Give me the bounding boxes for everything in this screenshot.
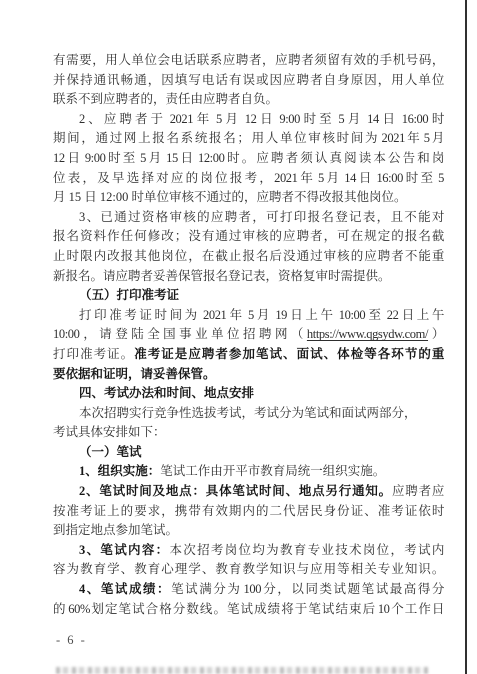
text-line: 按准考证上的要求，携带有效期内的二代居民身份证、准考证依时 [53,502,444,522]
text-segment: 并保持通讯畅通，因填写电话有误或因应聘者自身原因，用人单位 [53,73,444,87]
text-line: 月 15 日 12:00 时单位审核不通过的，应聘者不得改报其他岗位。 [53,188,444,208]
section-heading: 四、考试办法和时间、地点安排 [53,384,444,404]
text-line: 新报名。请应聘者妥善保管报名登记表，资格复审时需提供。 [53,267,444,287]
text-segment: 10:00，请登陆全国事业单位招聘网（ [53,327,307,341]
text-segment: 准考证是应聘者参加笔试、面试、体检等各环节的重 [134,347,444,361]
text-line: 3、笔试内容：本次招考岗位均为教育专业技术岗位，考试内 [53,541,444,561]
page-number: - 6 - [56,633,87,648]
text-line: 打印准考证时间为 2021 年 5 月 19 日上午 10:00 至 22 日上… [53,306,444,326]
text-line: 本次招聘实行竞争性选拔考试，考试分为笔试和面试两部分， [53,404,444,424]
text-line: 10:00，请登陆全国事业单位招聘网（https://www.qgsydw.co… [53,325,444,345]
text-segment: 本次招聘实行竞争性选拔考试，考试分为笔试和面试两部分， [79,406,417,420]
text-line: 到指定地点参加笔试。 [53,521,444,541]
text-segment: 1、组织实施： [79,464,160,478]
text-line: 位表，及早选择对应的岗位报考，2021 年 5 月 14 日 16:00 时至 … [53,169,444,189]
text-segment: 3、笔试内容： [79,543,169,557]
text-line: 报名资料作任何修改；没有通过审核的应聘者，可在规定的报名截 [53,227,444,247]
text-line: 3、已通过资格审核的应聘者，可打印报名登记表，且不能对 [53,208,444,228]
text-segment: 要依据和证明，请妥善保管。 [53,367,216,381]
url-text: https://www.qgsydw.com/ [307,327,428,341]
text-line: 2、应聘者于 2021 年 5 月 12 日 9:00 时至 5 月 14 日 … [53,110,444,130]
text-segment: 联系不到应聘者的，责任由应聘者自负。 [53,92,278,106]
text-segment: 2、笔试时间及地点：具体笔试时间、地点另行通知。 [79,484,392,498]
scanned-document-page: 有需要，用人单位会电话联系应聘者，应聘者须留有效的手机号码，并保持通讯畅通，因填… [0,0,477,674]
text-segment: 到指定地点参加笔试。 [53,523,178,537]
text-segment: 位表，及早选择对应的岗位报考，2021 年 5 月 14 日 16:00 时至 … [53,171,444,185]
text-line: 打印准考证。准考证是应聘者参加笔试、面试、体检等各环节的重 [53,345,444,365]
subsection-heading: （五）打印准考证 [53,286,444,306]
text-line: 1、组织实施：笔试工作由开平市教育局统一组织实施。 [53,462,444,482]
text-segment: 四、考试办法和时间、地点安排 [79,386,254,400]
next-page-blur-strip [56,667,428,674]
text-segment: 笔试满分为 100 分，以同类试题笔试最高得分 [171,582,444,596]
text-segment: 新报名。请应聘者妥善保管报名登记表，资格复审时需提供。 [53,269,391,283]
document-body: 有需要，用人单位会电话联系应聘者，应聘者须留有效的手机号码，并保持通讯畅通，因填… [53,51,444,619]
text-segment: 有需要，用人单位会电话联系应聘者，应聘者须留有效的手机号码， [53,53,444,67]
text-line: 有需要，用人单位会电话联系应聘者，应聘者须留有效的手机号码， [53,51,444,71]
text-segment: ） [428,327,444,341]
scan-edge-line [465,0,467,674]
text-line: 考试具体安排如下： [53,423,444,443]
text-segment: （五）打印准考证 [79,288,179,302]
text-segment: （一）笔试 [79,445,142,459]
text-line: 的 60%划定笔试合格分数线。笔试成绩将于笔试结束后 10 个工作日 [53,600,444,620]
text-segment: 按准考证上的要求，携带有效期内的二代居民身份证、准考证依时 [53,504,444,518]
text-segment: 打印准考证。 [53,347,134,361]
text-line: 4、笔试成绩：笔试满分为 100 分，以同类试题笔试最高得分 [53,580,444,600]
text-line: 并保持通讯畅通，因填写电话有误或因应聘者自身原因，用人单位 [53,71,444,91]
text-segment: 报名资料作任何修改；没有通过审核的应聘者，可在规定的报名截 [53,229,444,243]
text-line: 12 日 9:00 时至 5 月 15 日 12:00 时。应聘者须认真阅读本公… [53,149,444,169]
text-segment: 2、应聘者于 2021 年 5 月 12 日 9:00 时至 5 月 14 日 … [79,112,444,126]
text-segment: 月 15 日 12:00 时单位审核不通过的，应聘者不得改报其他岗位。 [53,190,406,204]
text-line: 容为教育学、教育心理学、教育教学知识与应用等相关专业知识。 [53,560,444,580]
text-line: 要依据和证明，请妥善保管。 [53,365,444,385]
text-line: 止时限内改报其他岗位，在截止报名后没通过审核的应聘者不能重 [53,247,444,267]
text-line: 期间，通过网上报名系统报名；用人单位审核时间为 2021 年 5 月 [53,129,444,149]
text-segment: 笔试工作由开平市教育局统一组织实施。 [160,464,385,478]
text-segment: 打印准考证时间为 2021 年 5 月 19 日上午 10:00 至 22 日上… [79,308,444,322]
text-segment: 期间，通过网上报名系统报名；用人单位审核时间为 2021 年 5 月 [53,131,444,145]
text-segment: 容为教育学、教育心理学、教育教学知识与应用等相关专业知识。 [53,562,444,576]
subsection-heading: （一）笔试 [53,443,444,463]
text-segment: 考试具体安排如下： [53,425,166,439]
text-line: 联系不到应聘者的，责任由应聘者自负。 [53,90,444,110]
text-line: 2、笔试时间及地点：具体笔试时间、地点另行通知。应聘者应 [53,482,444,502]
text-segment: 4、笔试成绩： [79,582,171,596]
text-segment: 的 60%划定笔试合格分数线。笔试成绩将于笔试结束后 10 个工作日 [53,602,444,616]
text-segment: 本次招考岗位均为教育专业技术岗位，考试内 [169,543,444,557]
text-segment: 12 日 9:00 时至 5 月 15 日 12:00 时。应聘者须认真阅读本公… [53,151,444,165]
text-segment: 3、已通过资格审核的应聘者，可打印报名登记表，且不能对 [79,210,444,224]
text-segment: 应聘者应 [392,484,444,498]
text-segment: 止时限内改报其他岗位，在截止报名后没通过审核的应聘者不能重 [53,249,444,263]
